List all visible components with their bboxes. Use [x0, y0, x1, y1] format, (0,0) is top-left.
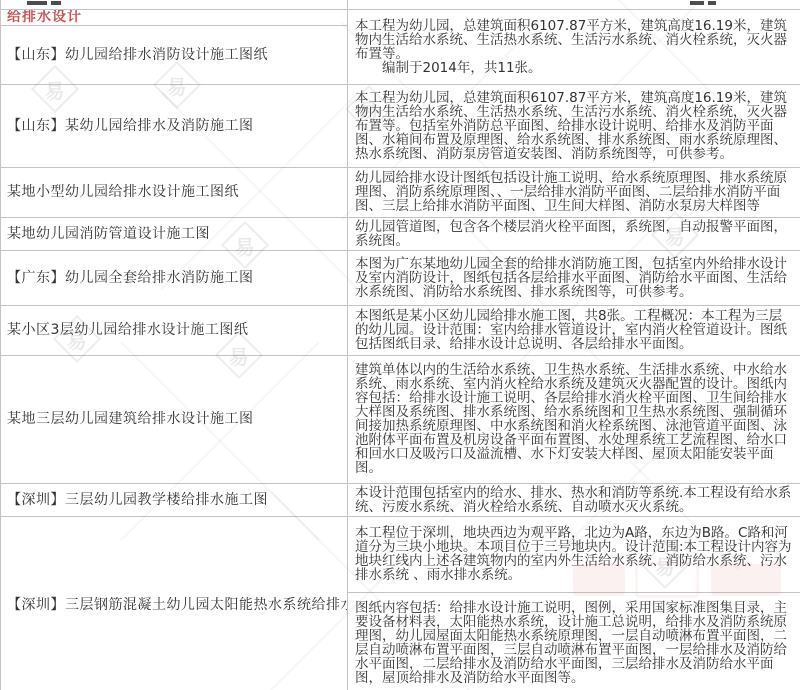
doc-description: 幼儿园管道图，包含各个楼层消火栓平面图，系统图，自动报警平面图，系统图。: [348, 217, 800, 250]
doc-description: 本设计范围包括室内的给水、排水、热水和消防等系统.本工程设有给水系统、污废水系统…: [348, 483, 800, 516]
table-row: 【广东】幼儿园全套给排水消防施工图 本图为广东某地幼儿园全套的给排水消防施工图，…: [1, 250, 800, 305]
doc-title[interactable]: 某小区3层幼儿园给排水设计施工图纸: [1, 305, 348, 355]
doc-description: 本工程为幼儿园，总建筑面积6107.87平方米，建筑高度16.19米，建筑物内生…: [348, 9, 800, 84]
doc-description: 本工程为幼儿园，总建筑面积6107.87平方米，建筑高度16.19米，建筑物内生…: [348, 84, 800, 167]
doc-description: 图纸内容包括：给排水设计施工说明，图例，采用国家标准图集目录，主要设备材料表，太…: [348, 592, 800, 690]
section-header: 给排水设计: [1, 9, 348, 25]
doc-title[interactable]: 某地三层幼儿园建筑给排水设计施工图: [1, 355, 348, 483]
table-row: [1, 0, 800, 9]
table-row: 【深圳】三层幼儿园教学楼给排水施工图 本设计范围包括室内的给水、排水、热水和消防…: [1, 483, 800, 516]
doc-title[interactable]: 【深圳】三层幼儿园教学楼给排水施工图: [1, 483, 348, 516]
documents-table: 给排水设计 本工程为幼儿园，总建筑面积6107.87平方米，建筑高度16.19米…: [0, 0, 800, 690]
table-row: 某地幼儿园消防管道设计施工图 幼儿园管道图，包含各个楼层消火栓平面图，系统图，自…: [1, 217, 800, 250]
clipped-text-remnant: [708, 1, 716, 5]
table-row: 某小区3层幼儿园给排水设计施工图纸 本图纸是某小区幼儿园给排水施工图，共8张。工…: [1, 305, 800, 355]
clipped-row-left-cell: [1, 0, 348, 9]
doc-title[interactable]: 【深圳】三层钢筋混凝土幼儿园太阳能热水系统给排水图: [1, 516, 348, 690]
table-row: 某地小型幼儿园给排水设计施工图纸 幼儿园给排水设计图纸包括设计施工说明、给水系统…: [1, 167, 800, 217]
doc-title[interactable]: 某地小型幼儿园给排水设计施工图纸: [1, 167, 348, 217]
clipped-row-right-cell: [348, 0, 800, 9]
document-list-page: 给排水设计 本工程为幼儿园，总建筑面积6107.87平方米，建筑高度16.19米…: [0, 0, 800, 690]
table-row: 【山东】某幼儿园给排水及消防施工图 本工程为幼儿园，总建筑面积6107.87平方…: [1, 84, 800, 167]
doc-description: 本图纸是某小区幼儿园给排水施工图，共8张。工程概况：本工程为三层的幼儿园。设计范…: [348, 305, 800, 355]
clipped-text-remnant: [690, 1, 704, 5]
clipped-text-remnant: [27, 1, 47, 5]
doc-title[interactable]: 某地幼儿园消防管道设计施工图: [1, 217, 348, 250]
doc-description: 本图为广东某地幼儿园全套的给排水消防施工图，包括室内外给排水设计及室内消防设计，…: [348, 250, 800, 305]
doc-title[interactable]: 【山东】幼儿园给排水消防设计施工图纸: [1, 25, 348, 84]
doc-description: 幼儿园给排水设计图纸包括设计施工说明、给水系统原理图、排水系统原理图、消防系统原…: [348, 167, 800, 217]
doc-description: 本工程位于深圳，地块西边为观平路，北边为A路，东边为B路。C路和河道分为三块小地…: [348, 516, 800, 592]
table-row: 给排水设计 本工程为幼儿园，总建筑面积6107.87平方米，建筑高度16.19米…: [1, 9, 800, 25]
table-row: 某地三层幼儿园建筑给排水设计施工图 建筑单体以内的生活给水系统、卫生热水系统、生…: [1, 355, 800, 483]
table-row: 【深圳】三层钢筋混凝土幼儿园太阳能热水系统给排水图 本工程位于深圳，地块西边为观…: [1, 516, 800, 592]
doc-title[interactable]: 【广东】幼儿园全套给排水消防施工图: [1, 250, 348, 305]
doc-description: 建筑单体以内的生活给水系统、卫生热水系统、生活排水系统、中水给水系统、雨水系统、…: [348, 355, 800, 483]
doc-title[interactable]: 【山东】某幼儿园给排水及消防施工图: [1, 84, 348, 167]
clipped-text-remnant: [51, 1, 61, 5]
